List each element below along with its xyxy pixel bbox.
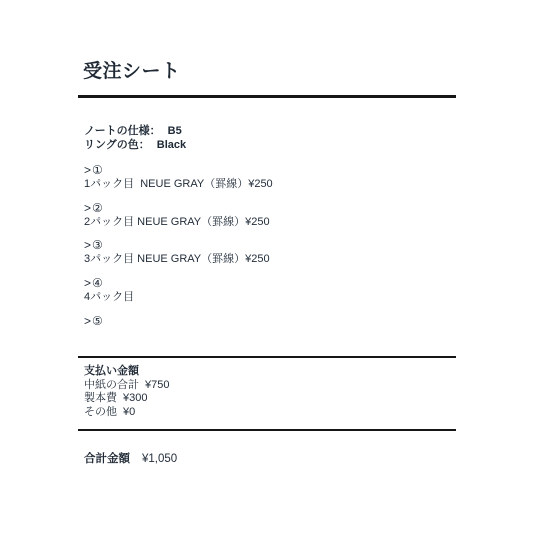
order-item-4: >④ 4パック目 [84,277,134,304]
order-item-5: >⑤ [84,315,104,329]
order-item-5-marker: >⑤ [84,315,104,328]
spec-note-size-label: ノートの仕様： [84,125,161,137]
order-sheet: 受注シート ノートの仕様：B5 リングの色：Black >① 1パック目 NEU… [0,0,533,533]
spec-note-size-value: B5 [168,125,182,137]
payment-line-paper-total-label: 中紙の合計 [84,379,139,393]
payment-line-binding-fee: 製本費 ¥300 [84,392,169,406]
order-item-4-marker: >④ [84,277,134,290]
order-item-4-detail: 4パック目 [84,291,134,304]
divider-payment-top [78,356,456,358]
order-item-1: >① 1パック目 NEUE GRAY（罫線）¥250 [84,164,273,191]
spec-ring-color-value: Black [157,139,186,151]
payment-block: 支払い金額 中紙の合計 ¥750 製本費 ¥300 その他 ¥0 [84,365,169,419]
spec-note-size: ノートの仕様：B5 [84,125,186,139]
payment-line-paper-total-amount: ¥750 [145,379,169,393]
total-label: 合計金額 [84,453,130,465]
total-amount: ¥1,050 [142,453,177,465]
spec-block: ノートの仕様：B5 リングの色：Black [84,125,186,152]
order-item-1-marker: >① [84,164,273,177]
order-item-2: >② 2パック目 NEUE GRAY（罫線）¥250 [84,202,270,229]
payment-line-paper-total: 中紙の合計 ¥750 [84,379,169,393]
order-item-3-detail: 3パック目 NEUE GRAY（罫線）¥250 [84,253,270,266]
total-block: 合計金額¥1,050 [84,450,177,466]
spec-ring-color: リングの色：Black [84,139,186,153]
payment-heading: 支払い金額 [84,365,169,379]
divider-total-top [78,429,456,431]
payment-line-other-amount: ¥0 [123,406,135,420]
spec-ring-color-label: リングの色： [84,139,150,151]
order-item-1-detail: 1パック目 NEUE GRAY（罫線）¥250 [84,178,273,191]
divider-top [78,95,456,98]
payment-line-other: その他 ¥0 [84,406,169,420]
payment-line-binding-fee-amount: ¥300 [123,392,147,406]
order-item-2-marker: >② [84,202,270,215]
order-item-3: >③ 3パック目 NEUE GRAY（罫線）¥250 [84,239,270,266]
page-title: 受注シート [83,56,181,83]
order-item-2-detail: 2パック目 NEUE GRAY（罫線）¥250 [84,216,270,229]
payment-line-binding-fee-label: 製本費 [84,392,117,406]
order-item-3-marker: >③ [84,239,270,252]
payment-line-other-label: その他 [84,406,117,420]
